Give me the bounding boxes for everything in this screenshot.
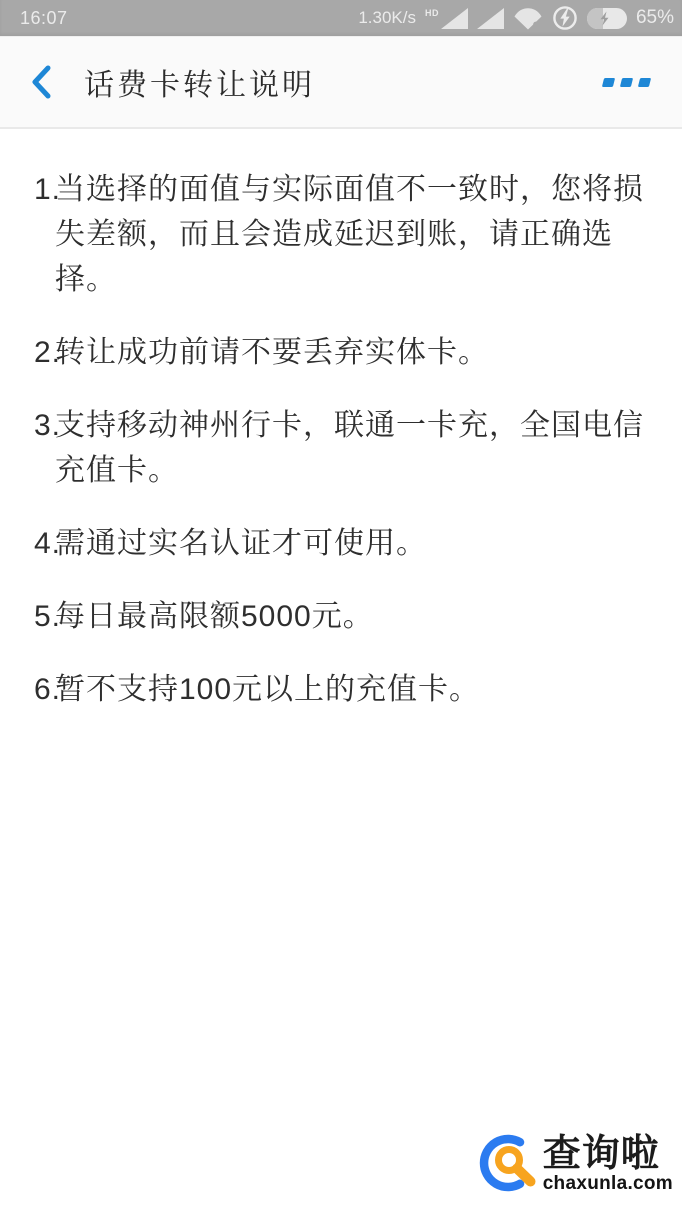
- wifi-icon: [513, 7, 543, 30]
- watermark-text: 查询啦 chaxunla.com: [543, 1133, 673, 1194]
- item-number: 6.: [34, 667, 55, 712]
- item-number: 4.: [34, 521, 55, 566]
- signal-triangle-icon: [441, 8, 468, 29]
- nav-bar: 话费卡转让说明: [0, 36, 682, 129]
- magnifier-ring-logo-icon: [478, 1132, 540, 1194]
- content-area: 1. 当选择的面值与实际面值不一致时，您将损失差额，而且会造成延迟到账，请正确选…: [0, 129, 682, 712]
- status-bar: 16:07 1.30K/s HD 65%: [0, 0, 682, 36]
- item-number: 3.: [34, 403, 55, 493]
- hd-badge: HD: [425, 8, 439, 18]
- more-dots-icon: [620, 78, 633, 87]
- item-number: 5.: [34, 594, 55, 639]
- battery-charging-icon: [587, 8, 627, 29]
- more-dots-icon: [638, 78, 651, 87]
- page-title: 话费卡转让说明: [84, 60, 315, 104]
- item-text: 支持移动神州行卡，联通一卡充，全国电信充值卡。: [55, 403, 652, 493]
- list-item: 5. 每日最高限额5000元。: [34, 594, 652, 639]
- network-speed: 1.30K/s: [358, 8, 416, 28]
- power-saver-bolt-icon: [552, 5, 578, 31]
- list-item: 6. 暂不支持100元以上的充值卡。: [34, 667, 652, 712]
- item-text: 需通过实名认证才可使用。: [55, 521, 652, 566]
- list-item: 3. 支持移动神州行卡，联通一卡充，全国电信充值卡。: [34, 403, 652, 493]
- more-dots-icon: [602, 78, 615, 87]
- item-text: 暂不支持100元以上的充值卡。: [55, 667, 652, 712]
- chevron-left-icon: [30, 65, 52, 99]
- watermark-brand: 查询啦: [543, 1133, 660, 1175]
- list-item: 1. 当选择的面值与实际面值不一致时，您将损失差额，而且会造成延迟到账，请正确选…: [34, 167, 652, 302]
- status-bar-right: 1.30K/s HD 65%: [358, 5, 674, 31]
- clock: 16:07: [20, 8, 68, 29]
- list-item: 2. 转让成功前请不要丢弃实体卡。: [34, 330, 652, 375]
- watermark: 查询啦 chaxunla.com: [478, 1132, 673, 1194]
- instruction-list: 1. 当选择的面值与实际面值不一致时，您将损失差额，而且会造成延迟到账，请正确选…: [34, 167, 652, 712]
- back-button[interactable]: [30, 65, 52, 99]
- item-number: 1.: [34, 167, 55, 302]
- item-text: 当选择的面值与实际面值不一致时，您将损失差额，而且会造成延迟到账，请正确选择。: [55, 167, 652, 302]
- signal-triangle-icon: [477, 8, 504, 29]
- item-number: 2.: [34, 330, 55, 375]
- list-item: 4. 需通过实名认证才可使用。: [34, 521, 652, 566]
- item-text: 转让成功前请不要丢弃实体卡。: [55, 330, 652, 375]
- app-screen: 16:07 1.30K/s HD 65%: [0, 0, 682, 1212]
- more-menu-button[interactable]: [601, 78, 652, 87]
- item-text: 每日最高限额5000元。: [55, 594, 652, 639]
- watermark-domain: chaxunla.com: [543, 1174, 673, 1194]
- battery-percent: 65%: [636, 7, 674, 29]
